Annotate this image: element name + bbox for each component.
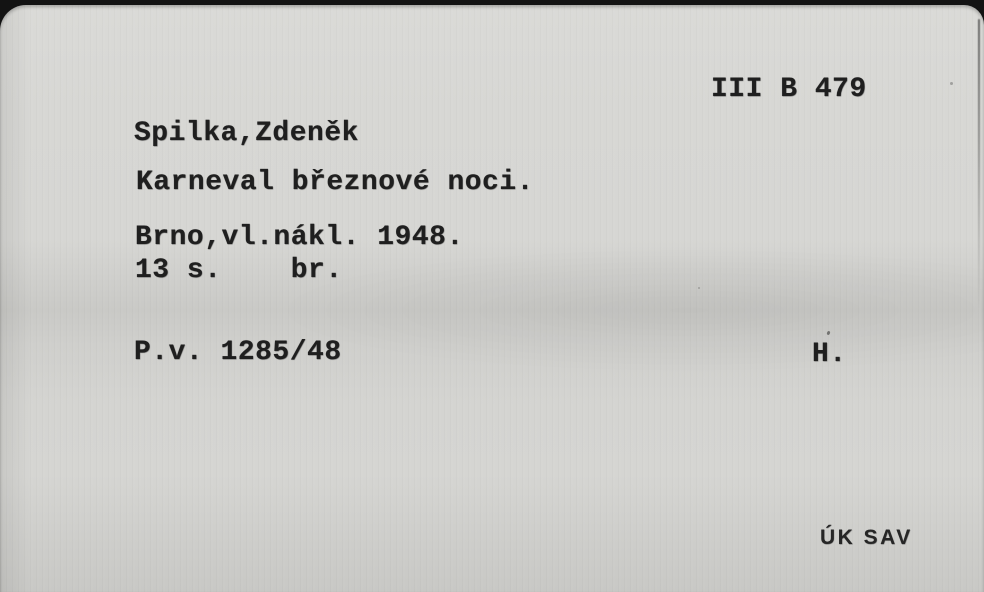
- author-line: Spilka,Zdeněk: [134, 119, 359, 149]
- ink-speck: [950, 82, 953, 85]
- collation-line: 13 s. br.: [135, 256, 343, 286]
- catalog-card: III B 479 Spilka,Zdeněk Karneval březnov…: [0, 5, 984, 592]
- title-line: Karneval březnové noci.: [136, 168, 534, 198]
- scanned-image: III B 479 Spilka,Zdeněk Karneval březnov…: [0, 0, 984, 592]
- library-stamp: ÚK SAV: [820, 526, 913, 550]
- classification-number: III B 479: [711, 75, 867, 105]
- acquisition-number: P.v. 1285/48: [134, 338, 342, 368]
- ink-speck: [698, 287, 700, 289]
- card-right-edge-shadow: [978, 19, 980, 309]
- imprint-line: Brno,vl.nákl. 1948.: [135, 223, 464, 253]
- ink-speck: [826, 331, 830, 336]
- letter-mark: H.: [812, 340, 847, 370]
